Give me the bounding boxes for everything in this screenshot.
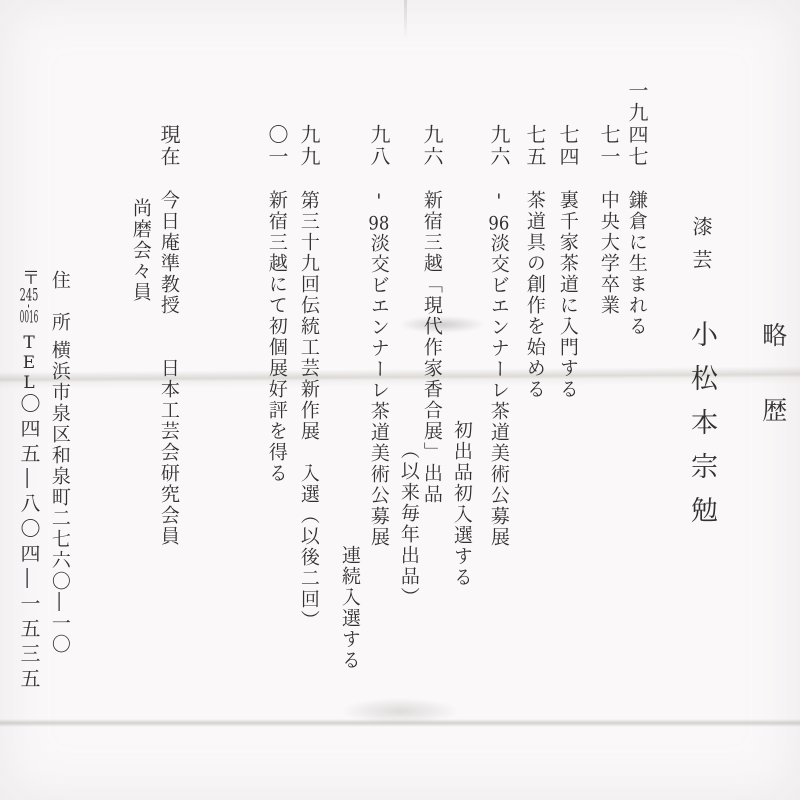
entry-subtext: 連続入選する [338,545,360,671]
postal-tel-block: 〒245-0016TEL〇四五―八〇四―一五三五 [17,268,40,693]
year-digits: 96 [488,214,510,233]
entry-text: 今日庵準教授 日本工芸会研究会員 [157,190,179,547]
entry-text: '98淡交ビエンナーレ茶道美術公募展 [367,190,389,548]
entry-subtext: 尚磨会々員 [129,198,151,303]
tel-number: 〇四五―八〇四―一五三五 [17,393,41,693]
scan-mark [404,0,407,40]
entry-year: 九六 [420,124,443,168]
art-genre-label: 漆芸 [689,216,713,282]
postal-digit-group: 0016 [19,309,39,326]
postal-mark-icon: 〒 [19,268,40,287]
apostrophe-mark: ' [368,190,390,214]
address-block: 住 所横浜市泉区和泉町二七六〇―一〇 [48,270,70,655]
page-title: 略歴 [758,322,787,472]
address-value: 横浜市泉区和泉町二七六〇―一〇 [49,340,71,655]
postal-digits: 245-0016 [19,287,39,326]
entry-year: 九六 [487,124,510,168]
paper-crease [0,366,800,390]
year-digits: 98 [368,214,390,233]
entry-text: 新宿三越にて初個展好評を得る [265,190,287,484]
apostrophe-mark: ' [488,190,510,214]
entry-text: 鎌倉に生まれる [625,190,647,337]
entry-year: 九八 [367,124,390,168]
paper-crease [0,719,800,727]
postal-code: 〒245-0016 [19,268,39,326]
entry-year: 九九 [297,124,320,168]
tel-label: TEL [19,333,39,393]
entry-text: 第三十九回伝統工芸新作展 入選（以後二回） [297,190,319,631]
entry-text: 裏千家茶道に入門する [556,190,578,400]
entry-year: 現在 [157,124,180,168]
entry-year: 七四 [556,124,579,168]
artist-name: 小松本宗勉 [686,320,717,540]
paper-smudge [340,698,460,724]
address-label: 住 所 [49,270,71,333]
postal-digit-group: 245 [19,287,39,304]
entry-year: 七五 [523,124,546,168]
resume-page: 略歴 漆芸小松本宗勉 一九四七鎌倉に生まれる七一中央大学卒業七四裏千家茶道に入門… [0,0,800,800]
entry-text: 茶道具の創作を始める [523,190,545,400]
artist-name-block: 漆芸小松本宗勉 [686,216,717,540]
entry-text: 新宿三越「現代作家香合展」出品 [420,190,442,505]
entry-text: 中央大学卒業 [597,190,619,316]
entry-text: '96淡交ビエンナーレ茶道美術公募展 [487,190,509,548]
entry-year: 〇一 [265,124,288,168]
entry-subtext: （以来毎年出品） [397,440,419,608]
entry-year: 七一 [597,124,620,168]
entry-subtext: 初出品初入選する [450,420,472,588]
telephone: TEL〇四五―八〇四―一五三五 [17,333,41,693]
entry-year: 一九四七 [625,80,648,168]
